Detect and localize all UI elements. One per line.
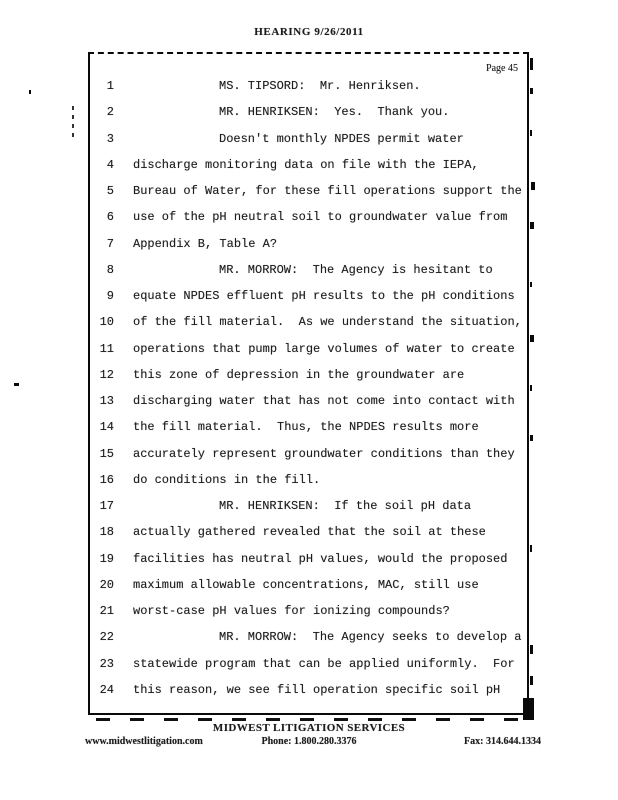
line-number: 23 bbox=[90, 657, 114, 672]
transcript-line: 3 Doesn't monthly NPDES permit water bbox=[90, 132, 527, 158]
line-text: this reason, we see fill operation speci… bbox=[133, 683, 500, 698]
line-text: MR. HENRIKSEN: Yes. Thank you. bbox=[133, 105, 449, 120]
line-text: maximum allowable concentrations, MAC, s… bbox=[133, 578, 479, 593]
line-number: 12 bbox=[90, 368, 114, 383]
scan-noise-mark bbox=[523, 698, 534, 720]
scanned-transcript-page: { "header": { "title": "HEARING 9/26/201… bbox=[0, 0, 618, 800]
line-number: 20 bbox=[90, 578, 114, 593]
line-number: 7 bbox=[90, 237, 114, 252]
line-text: equate NPDES effluent pH results to the … bbox=[133, 289, 515, 304]
scan-noise-mark bbox=[530, 676, 533, 685]
transcript-line: 16 do conditions in the fill. bbox=[90, 473, 527, 499]
transcript-line: 24 this reason, we see fill operation sp… bbox=[90, 683, 527, 709]
transcript-line: 20 maximum allowable concentrations, MAC… bbox=[90, 578, 527, 604]
footer: MIDWEST LITIGATION SERVICES www.midwestl… bbox=[0, 722, 618, 750]
line-text: Doesn't monthly NPDES permit water bbox=[133, 132, 464, 147]
transcript-line: 6 use of the pH neutral soil to groundwa… bbox=[90, 210, 527, 236]
transcript-line: 12 this zone of depression in the ground… bbox=[90, 368, 527, 394]
line-text: do conditions in the fill. bbox=[133, 473, 320, 488]
scan-noise-mark bbox=[530, 545, 532, 552]
scan-noise-mark bbox=[29, 90, 31, 94]
transcript-lines: 1 MS. TIPSORD: Mr. Henriksen. 2 MR. HENR… bbox=[90, 79, 527, 709]
transcript-line: 19 facilities has neutral pH values, wou… bbox=[90, 552, 527, 578]
scan-noise-left-dashes bbox=[72, 106, 74, 140]
line-text: the fill material. Thus, the NPDES resul… bbox=[133, 420, 479, 435]
line-text: MR. HENRIKSEN: If the soil pH data bbox=[133, 499, 471, 514]
line-text: accurately represent groundwater conditi… bbox=[133, 447, 515, 462]
transcript-line: 1 MS. TIPSORD: Mr. Henriksen. bbox=[90, 79, 527, 105]
transcript-line: 15 accurately represent groundwater cond… bbox=[90, 447, 527, 473]
line-text: actually gathered revealed that the soil… bbox=[133, 525, 486, 540]
transcript-line: 11 operations that pump large volumes of… bbox=[90, 342, 527, 368]
line-number: 19 bbox=[90, 552, 114, 567]
line-number: 24 bbox=[90, 683, 114, 698]
transcript-line: 13 discharging water that has not come i… bbox=[90, 394, 527, 420]
line-number: 13 bbox=[90, 394, 114, 409]
footer-fax: Fax: 314.644.1334 bbox=[464, 736, 541, 747]
scan-noise-bottom-dashes bbox=[96, 718, 528, 721]
scan-noise-mark bbox=[14, 383, 19, 386]
scan-noise-mark bbox=[530, 335, 534, 342]
scan-noise-mark bbox=[530, 645, 533, 654]
line-number: 16 bbox=[90, 473, 114, 488]
line-text: discharging water that has not come into… bbox=[133, 394, 515, 409]
line-number: 18 bbox=[90, 525, 114, 540]
line-number: 6 bbox=[90, 210, 114, 225]
line-number: 11 bbox=[90, 342, 114, 357]
line-text: MR. MORROW: The Agency is hesitant to bbox=[133, 263, 493, 278]
line-text: this zone of depression in the groundwat… bbox=[133, 368, 464, 383]
line-text: MR. MORROW: The Agency seeks to develop … bbox=[133, 630, 521, 645]
scan-noise-mark bbox=[530, 88, 533, 94]
line-text: statewide program that can be applied un… bbox=[133, 657, 515, 672]
scan-noise-mark bbox=[530, 435, 533, 441]
line-number: 8 bbox=[90, 263, 114, 278]
scan-noise-mark bbox=[530, 130, 532, 136]
line-number: 21 bbox=[90, 604, 114, 619]
transcript-line: 18 actually gathered revealed that the s… bbox=[90, 525, 527, 551]
line-number: 14 bbox=[90, 420, 114, 435]
line-text: discharge monitoring data on file with t… bbox=[133, 158, 479, 173]
line-text: operations that pump large volumes of wa… bbox=[133, 342, 515, 357]
transcript-line: 5 Bureau of Water, for these fill operat… bbox=[90, 184, 527, 210]
transcript-line: 2 MR. HENRIKSEN: Yes. Thank you. bbox=[90, 105, 527, 131]
line-number: 17 bbox=[90, 499, 114, 514]
line-number: 4 bbox=[90, 158, 114, 173]
line-number: 1 bbox=[90, 79, 114, 94]
scan-noise-mark bbox=[530, 58, 533, 70]
scan-noise-mark bbox=[530, 282, 532, 287]
transcript-line: 7 Appendix B, Table A? bbox=[90, 237, 527, 263]
line-text: facilities has neutral pH values, would … bbox=[133, 552, 507, 567]
page-number: Page 45 bbox=[486, 63, 518, 74]
footer-company-name: MIDWEST LITIGATION SERVICES bbox=[0, 722, 618, 734]
scan-noise-mark bbox=[531, 182, 535, 190]
hearing-title: HEARING 9/26/2011 bbox=[0, 26, 618, 38]
transcript-line: 22 MR. MORROW: The Agency seeks to devel… bbox=[90, 630, 527, 656]
line-number: 3 bbox=[90, 132, 114, 147]
transcript-line: 23 statewide program that can be applied… bbox=[90, 657, 527, 683]
transcript-line: 10 of the fill material. As we understan… bbox=[90, 315, 527, 341]
line-text: Bureau of Water, for these fill operatio… bbox=[133, 184, 522, 199]
transcript-line: 17 MR. HENRIKSEN: If the soil pH data bbox=[90, 499, 527, 525]
scan-noise-mark bbox=[530, 385, 532, 391]
transcript-page-frame: Page 45 1 MS. TIPSORD: Mr. Henriksen. 2 … bbox=[88, 52, 529, 715]
transcript-line: 8 MR. MORROW: The Agency is hesitant to bbox=[90, 263, 527, 289]
line-text: MS. TIPSORD: Mr. Henriksen. bbox=[133, 79, 421, 94]
line-text: worst-case pH values for ionizing compou… bbox=[133, 604, 450, 619]
line-number: 15 bbox=[90, 447, 114, 462]
line-text: Appendix B, Table A? bbox=[133, 237, 277, 252]
line-number: 2 bbox=[90, 105, 114, 120]
line-number: 10 bbox=[90, 315, 114, 330]
footer-contact-row: www.midwestlitigation.com Phone: 1.800.2… bbox=[0, 736, 618, 750]
line-number: 9 bbox=[90, 289, 114, 304]
transcript-line: 14 the fill material. Thus, the NPDES re… bbox=[90, 420, 527, 446]
transcript-line: 9 equate NPDES effluent pH results to th… bbox=[90, 289, 527, 315]
transcript-line: 21 worst-case pH values for ionizing com… bbox=[90, 604, 527, 630]
scan-noise-mark bbox=[530, 222, 534, 229]
line-number: 22 bbox=[90, 630, 114, 645]
line-text: use of the pH neutral soil to groundwate… bbox=[133, 210, 507, 225]
line-text: of the fill material. As we understand t… bbox=[133, 315, 522, 330]
line-number: 5 bbox=[90, 184, 114, 199]
transcript-line: 4 discharge monitoring data on file with… bbox=[90, 158, 527, 184]
